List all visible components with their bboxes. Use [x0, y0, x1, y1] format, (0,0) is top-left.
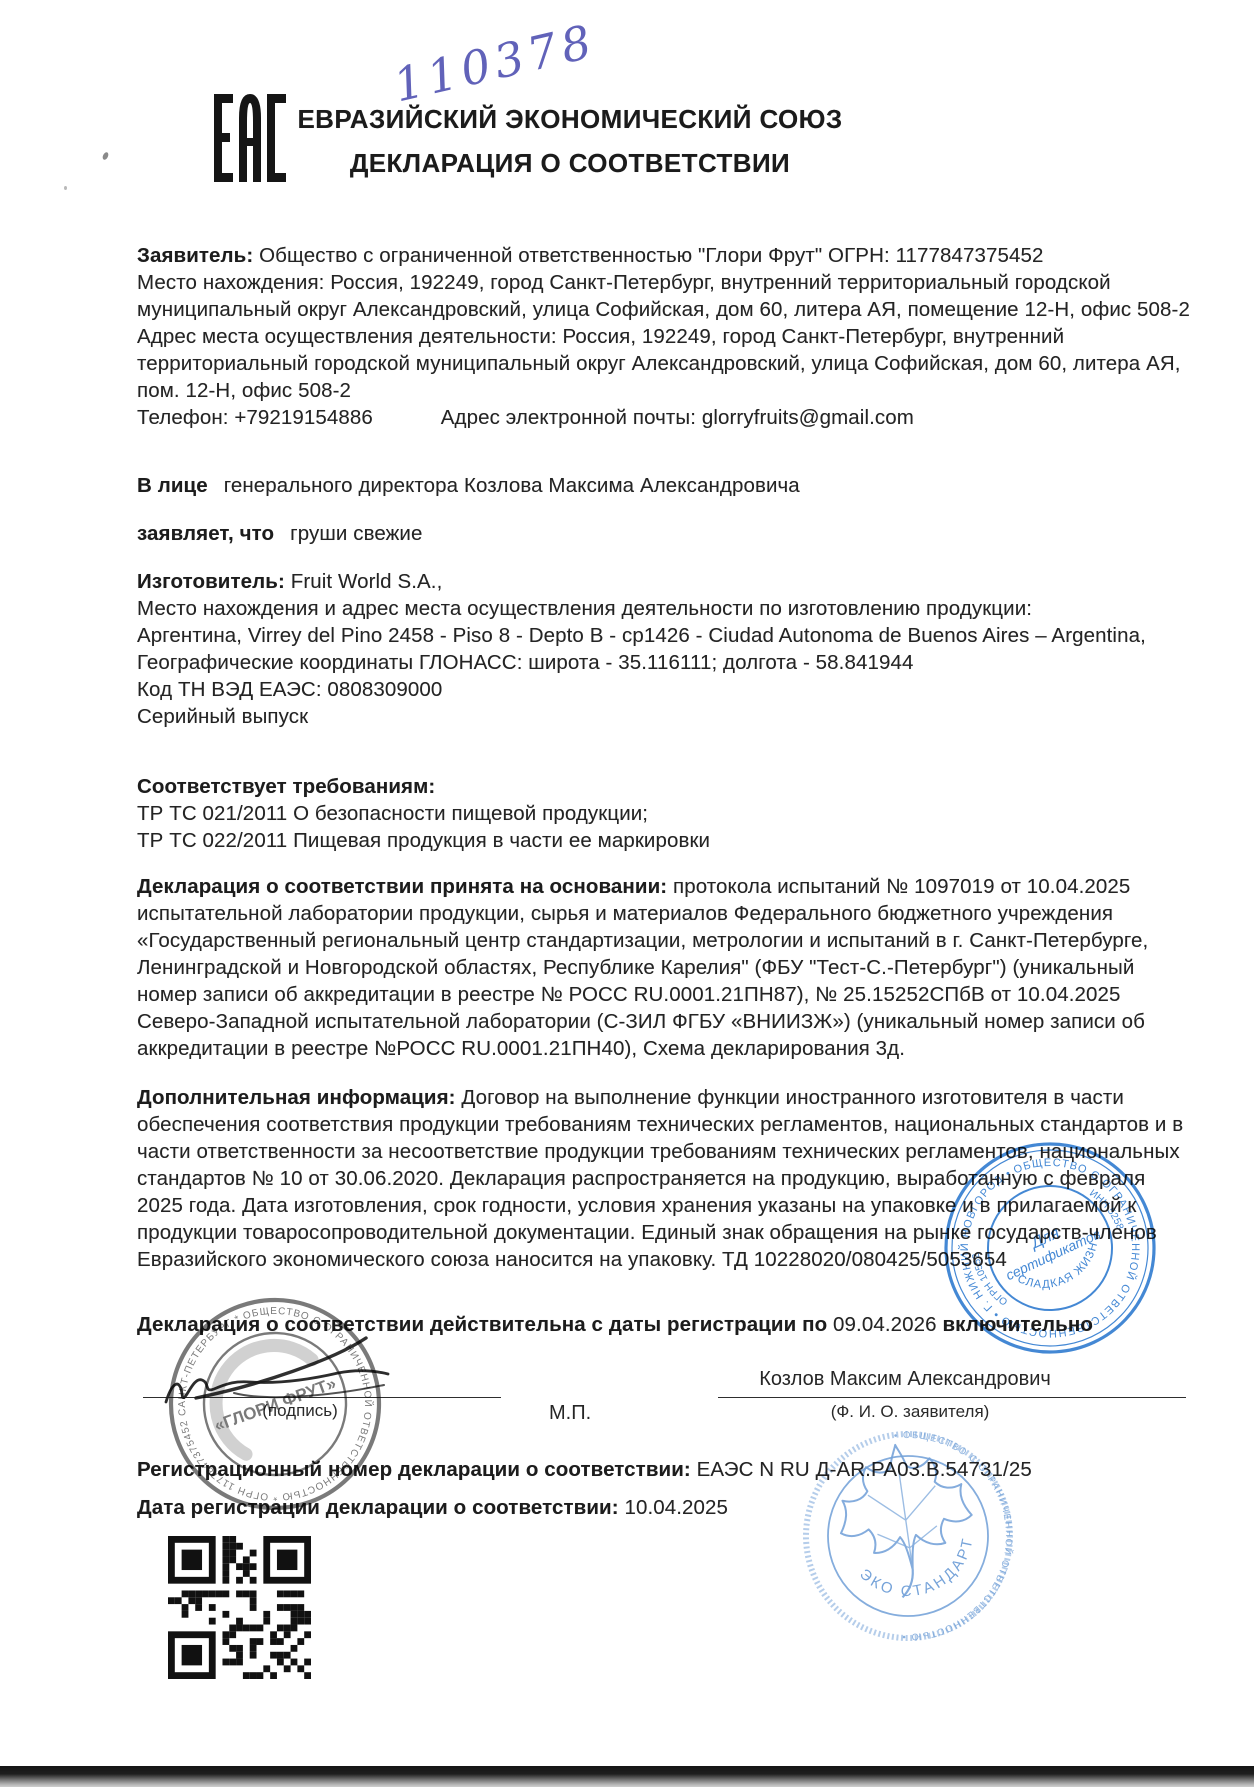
eco-standard-seal: • ОБЩЕСТВО С ОГРАНИЧЕННОЙ ОТВЕТСТВЕННОСТ… [782, 1410, 1035, 1663]
product-name: груши свежие [290, 522, 422, 545]
qr-code [168, 1536, 311, 1679]
basis-label: Декларация о соответствии принята на осн… [137, 875, 667, 898]
basis-section: Декларация о соответствии принята на осн… [137, 873, 1190, 1062]
svg-text:• ОБЩЕСТВО С ОГРАНИЧЕННОЙ ОТВЕ: • ОБЩЕСТВО С ОГРАНИЧЕННОЙ ОТВЕТСТВЕННОСТ… [872, 1416, 1028, 1644]
document-title: ДЕКЛАРАЦИЯ О СООТВЕТСТВИИ [280, 148, 860, 179]
declares-label: заявляет, что [137, 522, 274, 545]
scan-speck [102, 151, 110, 160]
applicant-label: Заявитель: [137, 244, 253, 267]
applicant-activity-address: Адрес места осуществления деятельности: … [137, 323, 1190, 404]
validity-date: 09.04.2026 [833, 1313, 937, 1336]
registration-date-value: 10.04.2025 [624, 1496, 728, 1519]
eco-seal-ring-text: • ОБЩЕСТВО С ОГРАНИЧЕННОЙ ОТВЕТСТВЕННОСТ… [872, 1416, 1028, 1644]
manufacturer-name: Fruit World S.A., [291, 570, 443, 593]
manufacturer-section: Изготовитель: Fruit World S.A., Место на… [137, 568, 1190, 730]
scan-speck [64, 186, 67, 190]
issue-type: Серийный выпуск [137, 703, 1190, 730]
compliance-section: Соответствует требованиям: ТР ТС 021/201… [137, 773, 1190, 854]
handwritten-number: 110378 [389, 14, 601, 113]
applicant-seal-center-text: «ГЛОРИ ФРУТ» [212, 1374, 339, 1436]
scan-edge-bar [0, 1766, 1254, 1787]
representative-name: генерального директора Козлова Максима А… [224, 474, 800, 497]
maple-leaf-icon [830, 1436, 982, 1605]
declares-line: заявляет, чтогруши свежие [137, 520, 1190, 547]
name-caption: (Ф. И. О. заявителя) [745, 1402, 1075, 1422]
phone-value: +79219154886 [234, 406, 373, 429]
email-label: Адрес электронной почты: [441, 406, 696, 429]
manufacturer-address: Аргентина, Virrey del Pino 2458 - Piso 8… [137, 622, 1190, 649]
svg-text:ЭКО СТАНДАРТ: ЭКО СТАНДАРТ [852, 1532, 984, 1607]
representative-line: В лицегенерального директора Козлова Мак… [137, 472, 1190, 499]
name-line [718, 1397, 1186, 1398]
manufacturer-label: Изготовитель: [137, 570, 285, 593]
eco-seal-arc-text: ЭКО СТАНДАРТ [852, 1532, 984, 1607]
email-value: glorryfruits@gmail.com [702, 406, 914, 429]
manufacturer-address-intro: Место нахождения и адрес места осуществл… [137, 595, 1190, 622]
basis-text: протокола испытаний № 1097019 от 10.04.2… [137, 875, 1148, 1060]
mp-label: М.П. [549, 1402, 591, 1425]
phone-label: Телефон: [137, 406, 229, 429]
compliance-label: Соответствует требованиям: [137, 775, 435, 798]
compliance-item: ТР ТС 021/2011 О безопасности пищевой пр… [137, 800, 1190, 827]
declaration-document: 110378 ЕВРАЗИЙСКИЙ ЭКОНОМИЧЕСКИЙ СОЮЗ ДЕ… [0, 0, 1254, 1787]
applicant-section: Заявитель: Общество с ограниченной ответ… [137, 242, 1190, 431]
additional-info-label: Дополнительная информация: [137, 1086, 456, 1109]
manufacturer-coordinates: Географические координаты ГЛОНАСС: широт… [137, 649, 1190, 676]
eac-logo-icon [212, 92, 288, 184]
union-title: ЕВРАЗИЙСКИЙ ЭКОНОМИЧЕСКИЙ СОЮЗ [280, 104, 860, 135]
applicant-name: Общество с ограниченной ответственностью… [259, 244, 1043, 267]
representative-label: В лице [137, 474, 208, 497]
applicant-address: Место нахождения: Россия, 192249, город … [137, 269, 1190, 323]
compliance-item: ТР ТС 022/2011 Пищевая продукция в части… [137, 827, 1190, 854]
tn-ved-code: Код ТН ВЭД ЕАЭС: 0808309000 [137, 676, 1190, 703]
applicant-contacts: Телефон: +79219154886 Адрес электронной … [137, 404, 1190, 431]
